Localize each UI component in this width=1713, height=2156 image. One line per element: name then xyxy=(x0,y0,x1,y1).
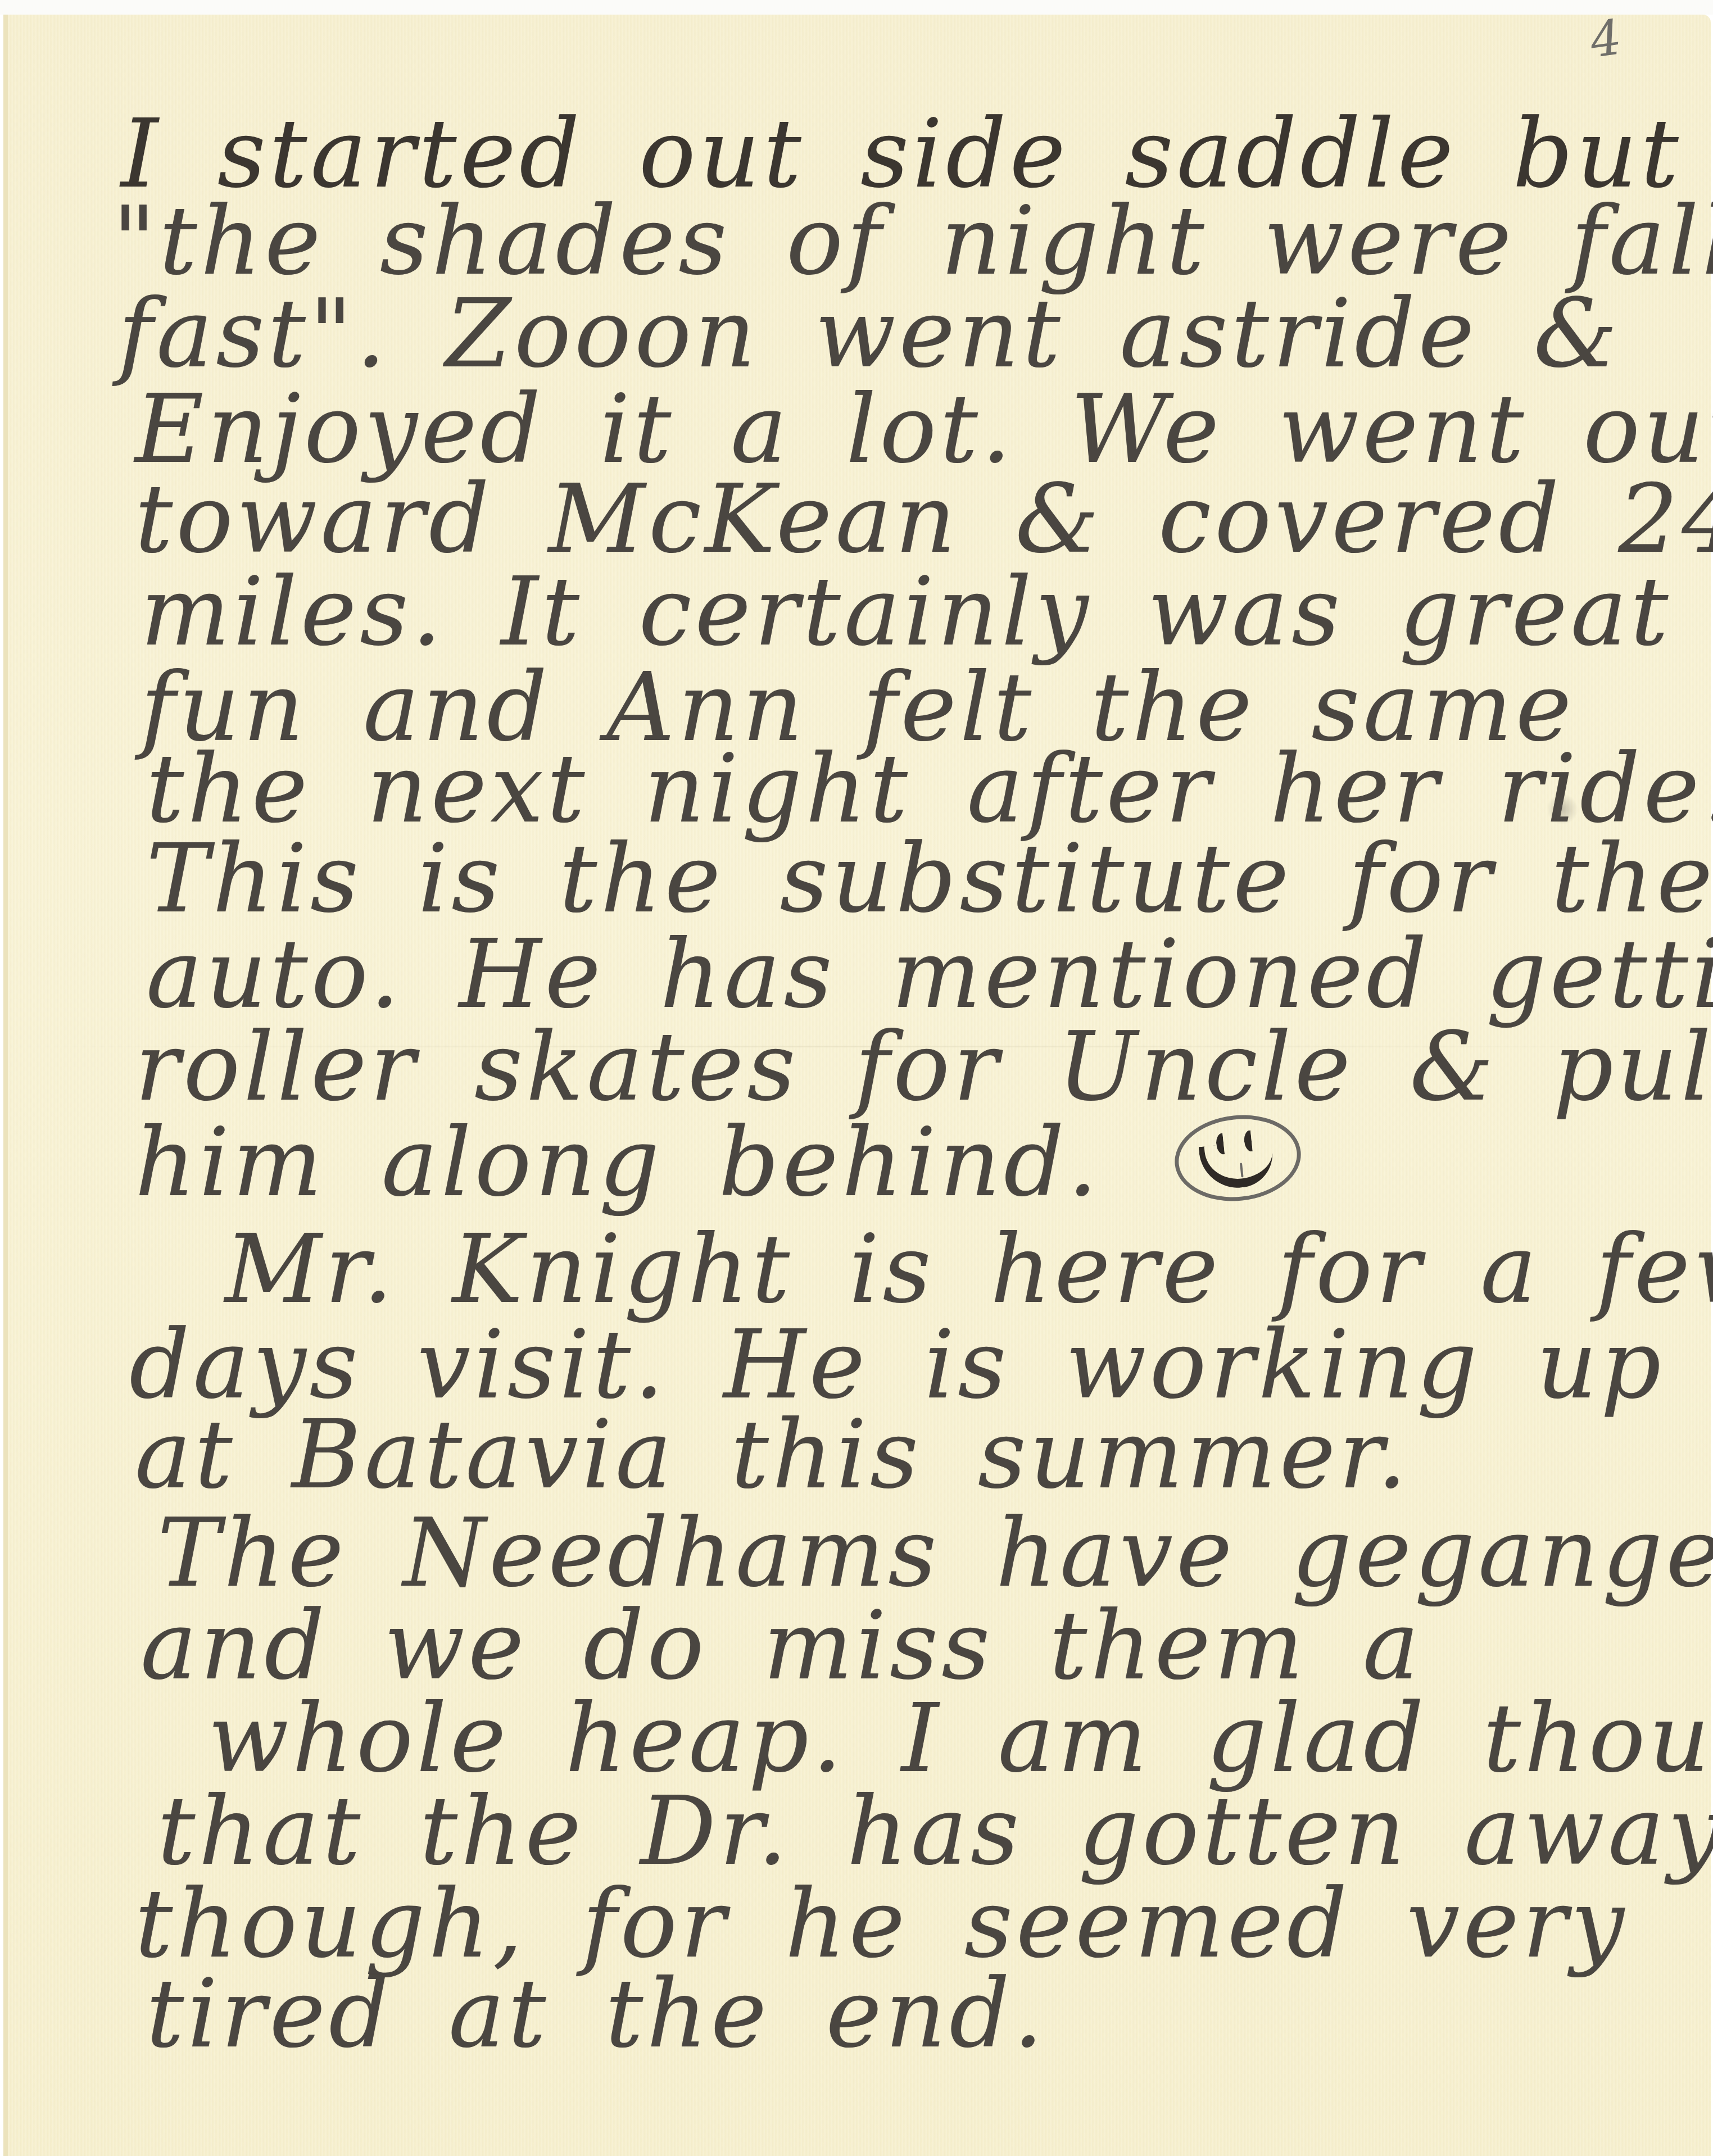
pencil-caret-mark-icon xyxy=(1546,792,1579,826)
letter-line-6: miles. It certainly was great xyxy=(141,565,1671,659)
letter-line-12: him along behind. xyxy=(135,1115,1101,1210)
letter-line-19: that the Dr. has gotten away xyxy=(157,1784,1713,1878)
letter-line-15: at Batavia this summer. xyxy=(135,1408,1410,1502)
letter-line-8: the next night after her ride. xyxy=(146,742,1713,836)
letter-line-16: The Needhams have gegangen xyxy=(157,1506,1713,1600)
letter-line-17: and we do miss them a xyxy=(141,1599,1422,1693)
letter-line-4: Enjoyed it a lot. We went out xyxy=(135,382,1713,476)
letter-line-20: though, for he seemed very xyxy=(135,1877,1628,1971)
letter-line-11: roller skates for Uncle & pulling xyxy=(135,1020,1713,1114)
letter-line-5: toward McKean & covered 24 xyxy=(135,472,1713,566)
letter-line-14: days visit. He is working up xyxy=(129,1318,1664,1412)
scan-margin xyxy=(0,0,1713,15)
letter-line-18: whole heap. I am glad though xyxy=(208,1691,1713,1786)
letter-line-13: Mr. Knight is here for a few xyxy=(225,1222,1713,1317)
letter-line-9: This is the substitute for the xyxy=(146,832,1713,926)
smiley-mouth xyxy=(1199,1140,1276,1192)
letter-line-3: fast". Zooon went astride & xyxy=(118,287,1621,381)
letter-line-21: tired at the end. xyxy=(146,1967,1046,2061)
letter-line-10: auto. He has mentioned getting xyxy=(146,927,1713,1022)
letter-line-2: "the shades of night were falling xyxy=(112,194,1713,288)
